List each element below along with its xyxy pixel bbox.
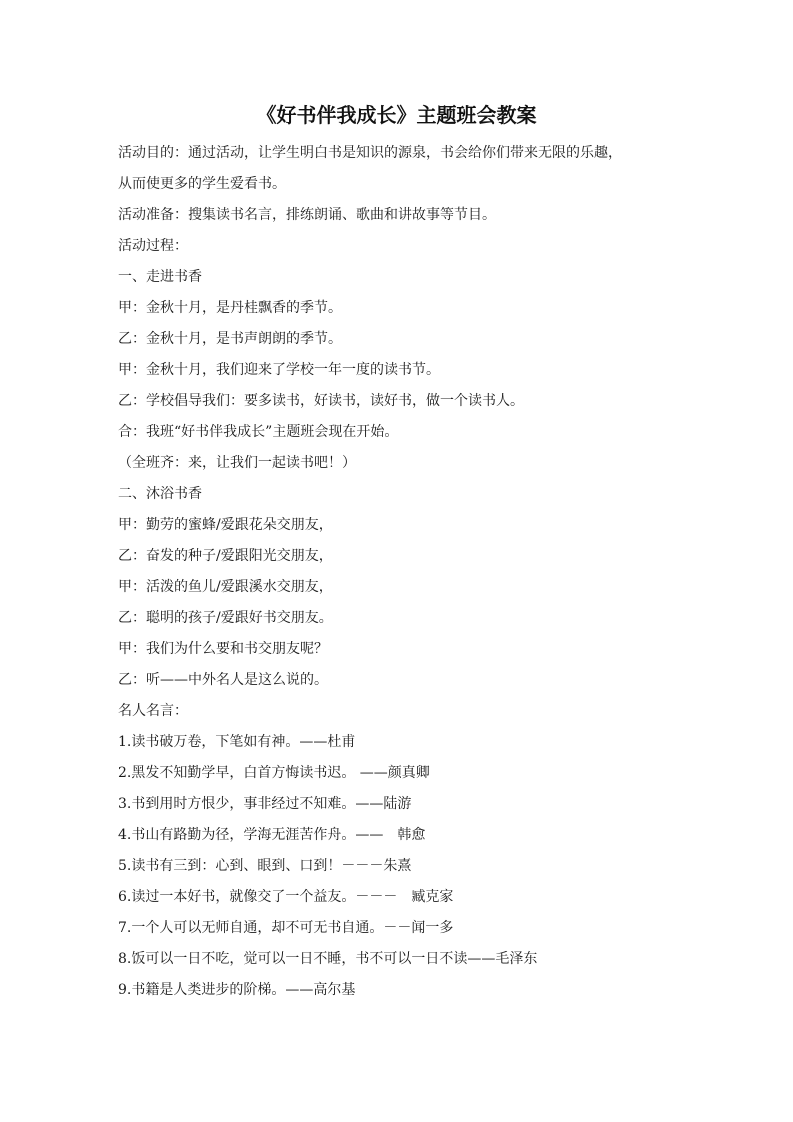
quote-item: 2.黑发不知勤学早，白首方悔读书迟。 ——颜真卿 <box>118 758 678 789</box>
preparation-text: 活动准备：搜集读书名言，排练朗诵、歌曲和讲故事等节目。 <box>118 200 678 231</box>
quote-item: 4.书山有路勤为径，学海无涯苦作舟。—— 韩愈 <box>118 820 678 851</box>
section-heading: 二、沐浴书香 <box>118 479 678 510</box>
dialogue-line: 甲：活泼的鱼儿/爱跟溪水交朋友， <box>118 572 678 603</box>
dialogue-line: 甲：金秋十月，是丹桂飘香的季节。 <box>118 293 678 324</box>
purpose-text-continued: 从而使更多的学生爱看书。 <box>118 169 678 200</box>
dialogue-line: 甲：勤劳的蜜蜂/爱跟花朵交朋友， <box>118 510 678 541</box>
dialogue-line: 乙：金秋十月，是书声朗朗的季节。 <box>118 324 678 355</box>
document-body: 活动目的：通过活动，让学生明白书是知识的源泉，书会给你们带来无限的乐趣， 从而使… <box>118 138 678 1006</box>
dialogue-line: 乙：奋发的种子/爱跟阳光交朋友， <box>118 541 678 572</box>
quote-item: 1.读书破万卷，下笔如有神。——杜甫 <box>118 727 678 758</box>
quote-item: 7.一个人可以无师自通，却不可无书自通。－－闻一多 <box>118 913 678 944</box>
dialogue-line: 乙：听——中外名人是这么说的。 <box>118 665 678 696</box>
process-heading: 活动过程： <box>118 231 678 262</box>
dialogue-line: 合：我班“好书伴我成长”主题班会现在开始。 <box>118 417 678 448</box>
dialogue-line: 甲：金秋十月，我们迎来了学校一年一度的读书节。 <box>118 355 678 386</box>
document-page: 《好书伴我成长》主题班会教案 活动目的：通过活动，让学生明白书是知识的源泉，书会… <box>0 0 793 1122</box>
quote-item: 6.读过一本好书，就像交了一个益友。－－－ 臧克家 <box>118 882 678 913</box>
section-heading: 一、走进书香 <box>118 262 678 293</box>
dialogue-line: 乙：学校倡导我们：要多读书，好读书，读好书，做一个读书人。 <box>118 386 678 417</box>
document-title: 《好书伴我成长》主题班会教案 <box>0 100 793 130</box>
purpose-text: 活动目的：通过活动，让学生明白书是知识的源泉，书会给你们带来无限的乐趣， <box>118 138 678 169</box>
quotes-heading: 名人名言： <box>118 696 678 727</box>
dialogue-line: 甲：我们为什么要和书交朋友呢？ <box>118 634 678 665</box>
quote-item: 5.读书有三到：心到、眼到、口到！－－－朱熹 <box>118 851 678 882</box>
quote-item: 9.书籍是人类进步的阶梯。——高尔基 <box>118 975 678 1006</box>
quote-item: 8.饭可以一日不吃，觉可以一日不睡，书不可以一日不读——毛泽东 <box>118 944 678 975</box>
dialogue-line: 乙：聪明的孩子/爱跟好书交朋友。 <box>118 603 678 634</box>
quote-item: 3.书到用时方恨少，事非经过不知难。——陆游 <box>118 789 678 820</box>
dialogue-line: （全班齐：来，让我们一起读书吧！） <box>118 448 678 479</box>
